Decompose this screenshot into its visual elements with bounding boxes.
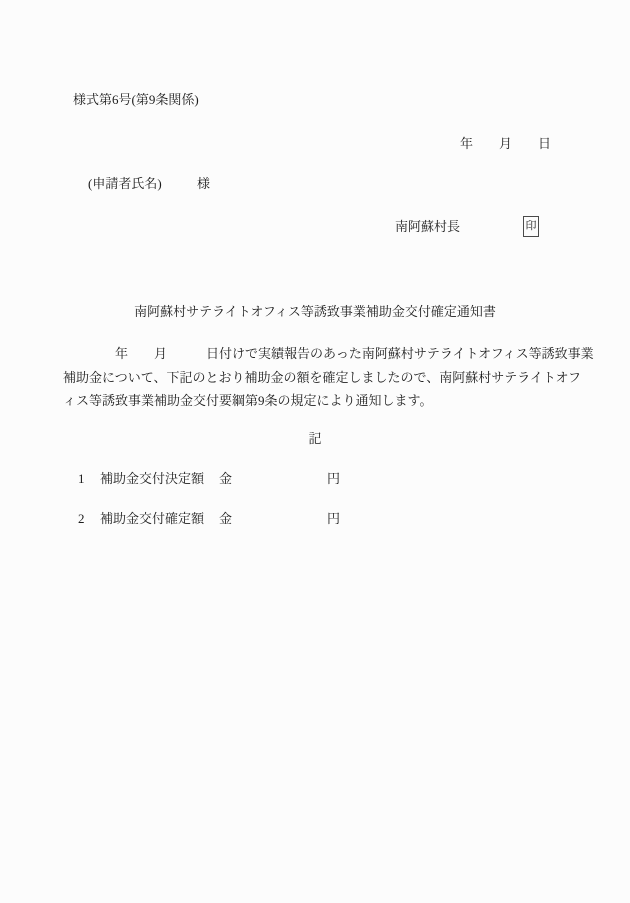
form-number: 様式第6号(第9条関係) [73,93,199,106]
sender-title: 南阿蘇村長 [395,220,460,233]
subsidy-item-row: 2 補助金交付確定額 金 円 [0,512,630,525]
item-number: 1 [78,472,85,485]
amount-prefix: 金 [219,472,232,485]
item-number: 2 [78,512,85,525]
addressee-honorific: 様 [197,177,210,190]
amount-suffix: 円 [327,472,340,485]
subsidy-item-row: 1 補助金交付決定額 金 円 [0,472,630,485]
addressee-name: (申請者氏名) [88,177,162,190]
document-title: 南阿蘇村サテライトオフィス等誘致事業補助金交付確定通知書 [0,305,630,318]
seal-mark: 印 [526,221,537,232]
body-paragraph-line: ィス等誘致事業補助金交付要綱第9条の規定により通知します。 [63,394,432,407]
item-label: 補助金交付決定額 [100,472,204,485]
date-line: 年 月 日 [460,137,551,150]
record-marker: 記 [0,432,630,445]
amount-suffix: 円 [327,512,340,525]
document-page: 様式第6号(第9条関係) 年 月 日 (申請者氏名) 様 南阿蘇村長 印 南阿蘇… [0,0,630,903]
item-label: 補助金交付確定額 [100,512,204,525]
body-paragraph-line: 年 月 日付けで実績報告のあった南阿蘇村サテライトオフィス等誘致事業 [63,347,594,360]
seal-placeholder-box: 印 [523,216,539,237]
amount-prefix: 金 [219,512,232,525]
body-paragraph-line: 補助金について、下記のとおり補助金の額を確定しましたので、南阿蘇村サテライトオフ [63,371,581,384]
